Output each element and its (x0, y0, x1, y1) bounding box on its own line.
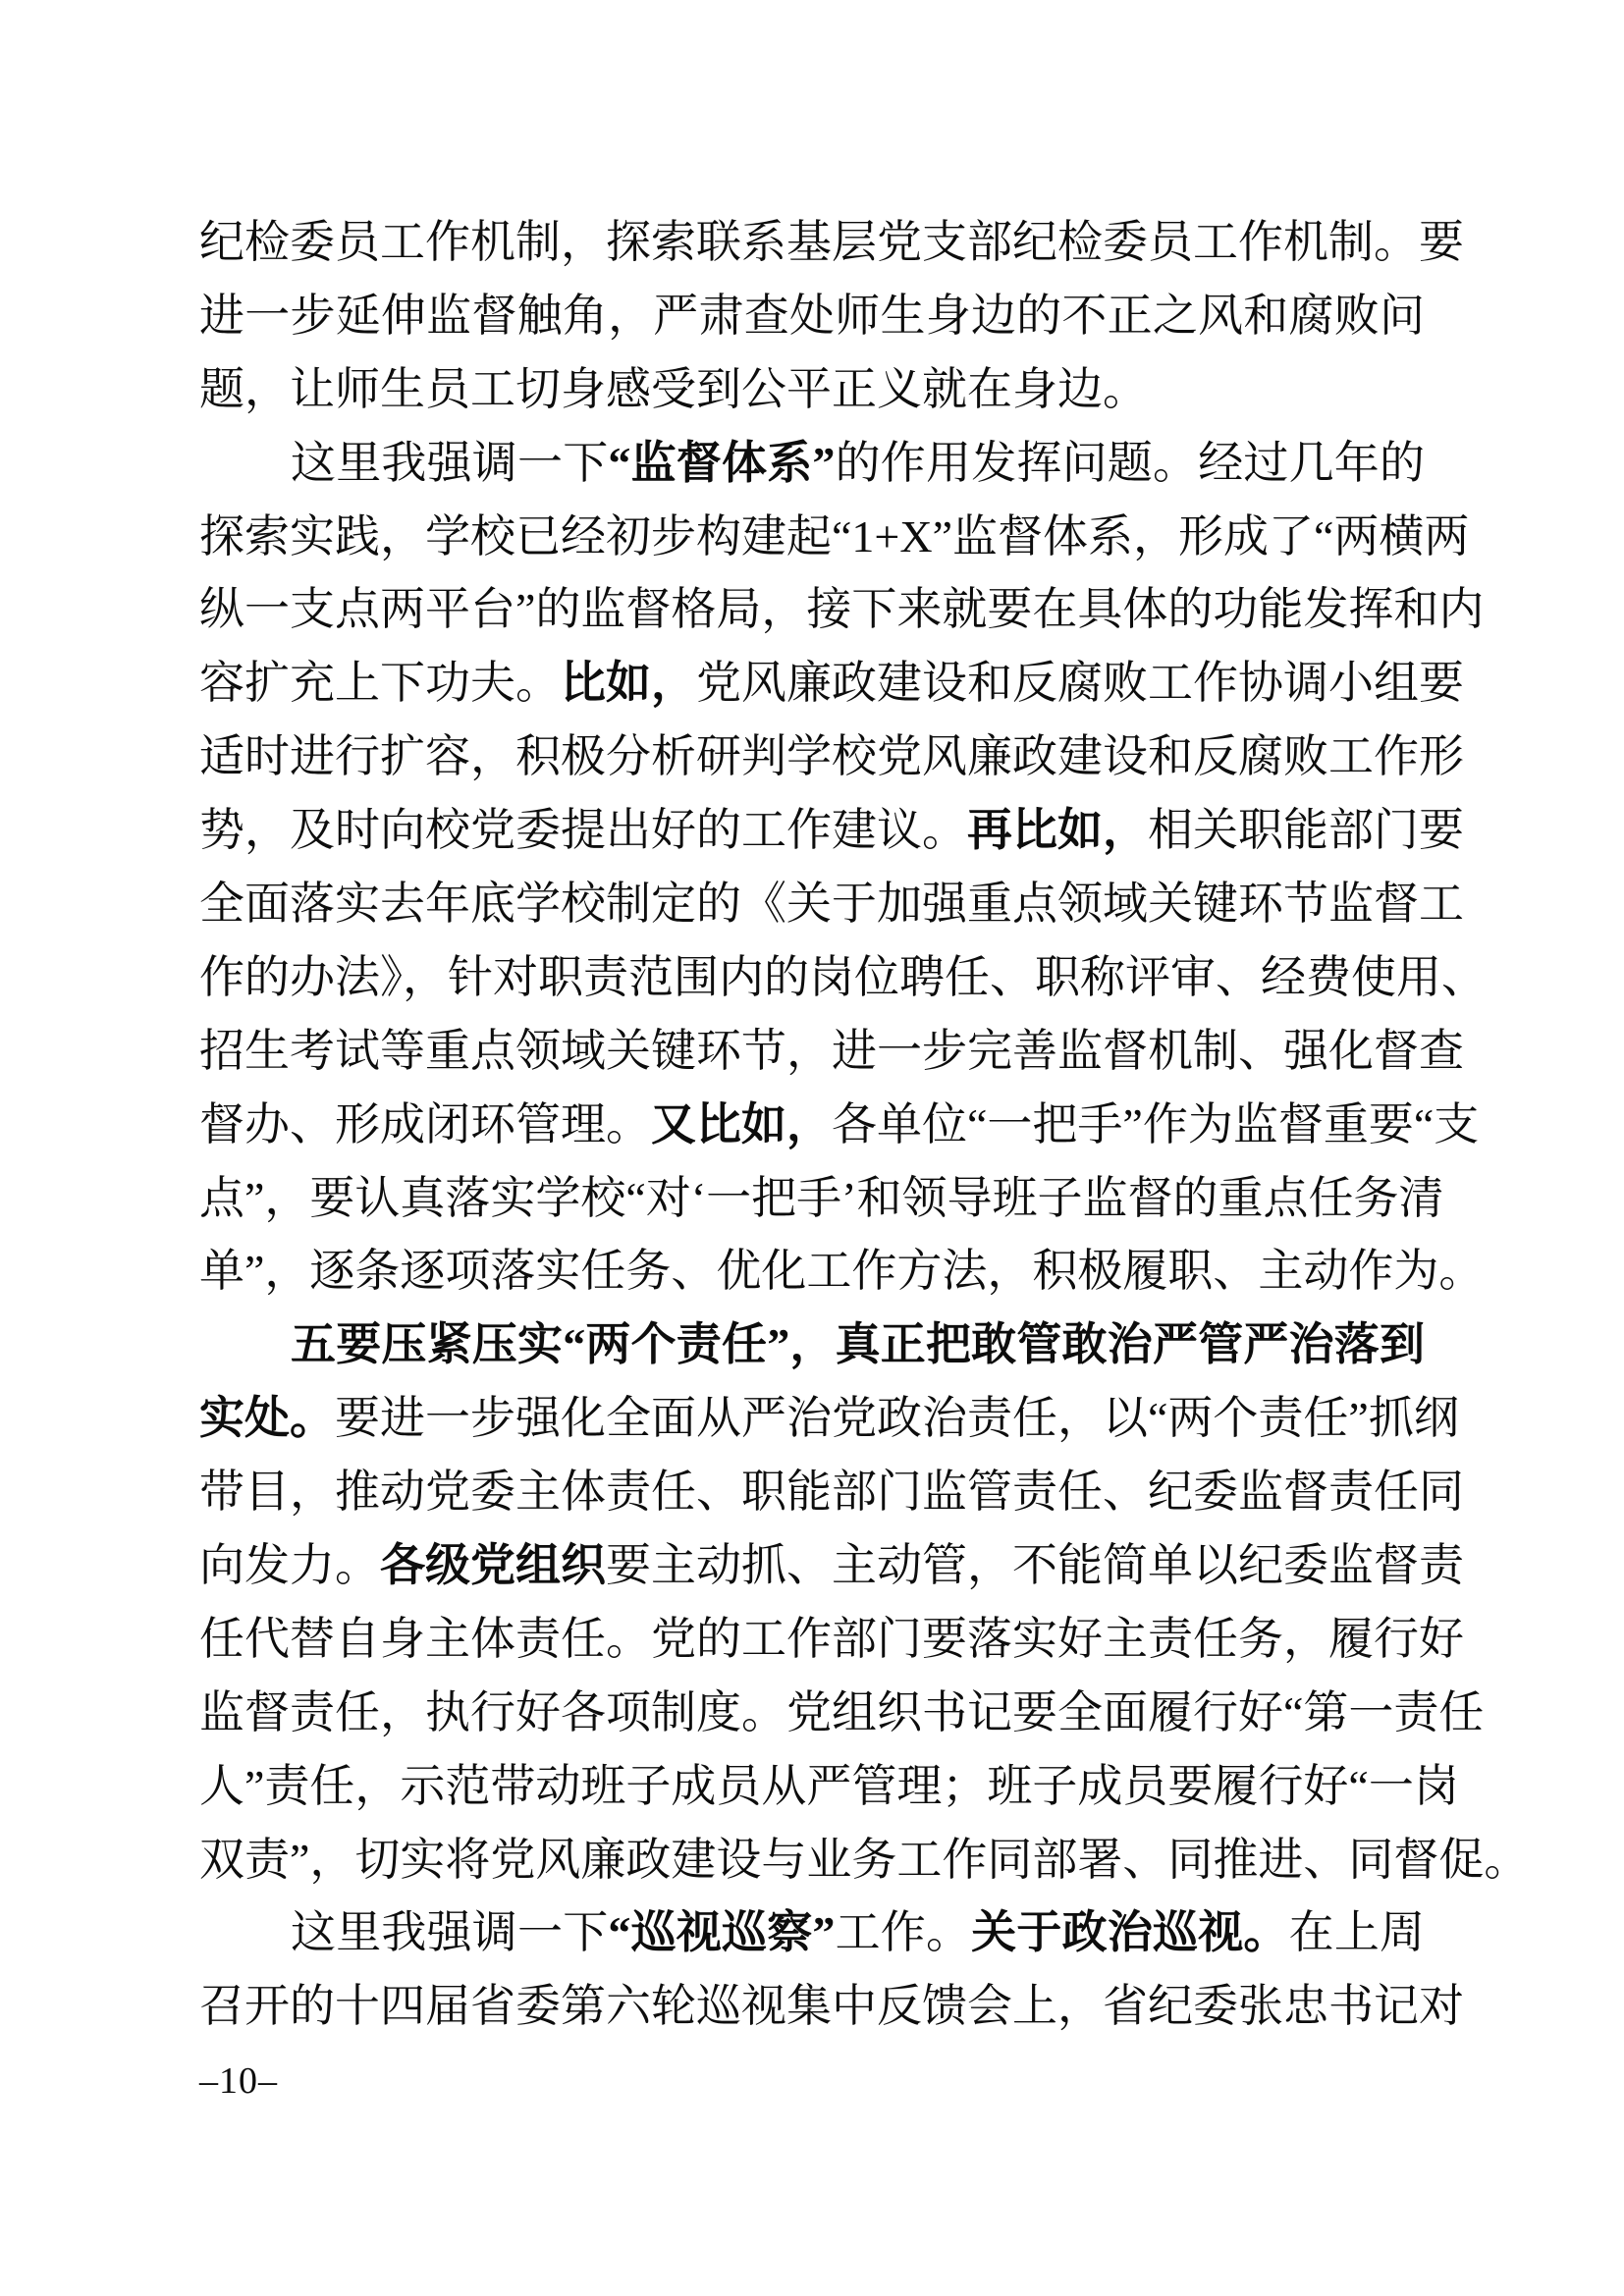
text-run: 要主动抓、主动管，不能简单以纪委监督责 (606, 1540, 1464, 1590)
text-run: 进一步延伸监督触角，严肃查处师生身边的不正之风和腐败问 (199, 291, 1425, 341)
text-line: 人”责任，示范带动班子成员从严管理；班子成员要履行好“一岗 (199, 1750, 1425, 1824)
text-line: 纵一支点两平台”的监督格局，接下来就要在具体的功能发挥和内 (199, 573, 1425, 647)
text-run: 工作。 (835, 1907, 971, 1957)
text-line: 题，让师生员工切身感受到公平正义就在身边。 (199, 353, 1425, 427)
text-line: 这里我强调一下“巡视巡察”工作。关于政治巡视。在上周 (199, 1896, 1425, 1970)
text-line: 监督责任，执行好各项制度。党组织书记要全面履行好“第一责任 (199, 1677, 1425, 1750)
text-line: 督办、形成闭环管理。又比如，各单位“一把手”作为监督重要“支 (199, 1089, 1425, 1162)
bold-text-run: 比如， (561, 658, 696, 708)
text-run: 适时进行扩容，积极分析研判学校党风廉政建设和反腐败工作形 (199, 731, 1464, 781)
text-line: 作的办法》，针对职责范围内的岗位聘任、职称评审、经费使用、 (199, 941, 1425, 1015)
text-run: 任代替自身主体责任。党的工作部门要落实好主责任务，履行好 (199, 1614, 1464, 1664)
text-line: 双责”，切实将党风廉政建设与业务工作同部署、同推进、同督促。 (199, 1824, 1425, 1897)
text-line: 容扩充上下功夫。比如，党风廉政建设和反腐败工作协调小组要 (199, 647, 1425, 721)
text-run: 双责”，切实将党风廉政建设与业务工作同部署、同推进、同督促。 (199, 1835, 1529, 1885)
bold-text-run: 各级党组织 (380, 1540, 606, 1590)
text-run: 单”，逐条逐项落实任务、优化工作方法，积极履职、主动作为。 (199, 1246, 1484, 1296)
text-line: 点”，要认真落实学校“对‘一把手’和领导班子监督的重点任务清 (199, 1162, 1425, 1236)
text-line: 这里我强调一下“监督体系”的作用发挥问题。经过几年的 (199, 427, 1425, 501)
text-line: 向发力。各级党组织要主动抓、主动管，不能简单以纪委监督责 (199, 1529, 1425, 1603)
bold-text-run: 关于政治巡视。 (971, 1907, 1288, 1957)
text-line: 探索实践，学校已经初步构建起“1+X”监督体系，形成了“两横两 (199, 501, 1425, 574)
text-line: 势，及时向校党委提出好的工作建议。再比如，相关职能部门要 (199, 794, 1425, 868)
text-run: 人”责任，示范带动班子成员从严管理；班子成员要履行好“一岗 (199, 1761, 1459, 1811)
text-run: 召开的十四届省委第六轮巡视集中反馈会上，省纪委张忠书记对 (199, 1981, 1464, 2031)
text-run: 督办、形成闭环管理。 (199, 1099, 651, 1149)
text-line: 纪检委员工作机制，探索联系基层党支部纪检委员工作机制。要 (199, 206, 1425, 280)
bold-text-run: 实处。 (199, 1393, 335, 1443)
text-line: 适时进行扩容，积极分析研判学校党风廉政建设和反腐败工作形 (199, 721, 1425, 794)
text-line: 召开的十四届省委第六轮巡视集中反馈会上，省纪委张忠书记对 (199, 1970, 1425, 2044)
text-run: 全面落实去年底学校制定的《关于加强重点领域关键环节监督工 (199, 879, 1464, 929)
text-run: 势，及时向校党委提出好的工作建议。 (199, 805, 967, 855)
text-run: 要进一步强化全面从严治党政治责任，以“两个责任”抓纲 (335, 1393, 1459, 1443)
text-run: 相关职能部门要 (1148, 805, 1464, 855)
page-number: –10– (199, 2057, 278, 2105)
text-run: 纪检委员工作机制，探索联系基层党支部纪检委员工作机制。要 (199, 217, 1464, 267)
bold-text-run: “监督体系” (608, 438, 835, 488)
text-run: 点”，要认真落实学校“对‘一把手’和领导班子监督的重点任务清 (199, 1173, 1443, 1223)
text-line: 单”，逐条逐项落实任务、优化工作方法，积极履职、主动作为。 (199, 1235, 1425, 1308)
text-line: 带目，推动党委主体责任、职能部门监管责任、纪委监督责任同 (199, 1456, 1425, 1529)
text-run: 党风廉政建设和反腐败工作协调小组要 (696, 658, 1464, 708)
text-run: 监督责任，执行好各项制度。党组织书记要全面履行好“第一责任 (199, 1687, 1484, 1737)
text-line: 五要压紧压实“两个责任”，真正把敢管敢治严管严治落到 (199, 1308, 1425, 1382)
text-line: 全面落实去年底学校制定的《关于加强重点领域关键环节监督工 (199, 868, 1425, 941)
text-run: 题，让师生员工切身感受到公平正义就在身边。 (199, 364, 1148, 414)
text-run: 带目，推动党委主体责任、职能部门监管责任、纪委监督责任同 (199, 1467, 1464, 1517)
document-page: 纪检委员工作机制，探索联系基层党支部纪检委员工作机制。要进一步延伸监督触角，严肃… (0, 0, 1624, 2296)
text-run: 纵一支点两平台”的监督格局，接下来就要在具体的功能发挥和内 (199, 584, 1484, 634)
text-run: 探索实践，学校已经初步构建起“1+X”监督体系，形成了“两横两 (199, 511, 1469, 561)
text-run: 这里我强调一下 (291, 438, 608, 488)
bold-text-run: 又比如， (651, 1099, 832, 1149)
text-line: 实处。要进一步强化全面从严治党政治责任，以“两个责任”抓纲 (199, 1382, 1425, 1456)
text-run: 招生考试等重点领域关键环节，进一步完善监督机制、强化督查 (199, 1026, 1464, 1076)
text-run: 各单位“一把手”作为监督重要“支 (832, 1099, 1479, 1149)
text-run: 这里我强调一下 (291, 1907, 608, 1957)
text-line: 任代替自身主体责任。党的工作部门要落实好主责任务，履行好 (199, 1603, 1425, 1677)
text-run: 向发力。 (199, 1540, 380, 1590)
text-line: 进一步延伸监督触角，严肃查处师生身边的不正之风和腐败问 (199, 280, 1425, 353)
text-line: 招生考试等重点领域关键环节，进一步完善监督机制、强化督查 (199, 1015, 1425, 1089)
bold-text-run: 五要压紧压实“两个责任”，真正把敢管敢治严管严治落到 (291, 1319, 1425, 1369)
text-run: 容扩充上下功夫。 (199, 658, 561, 708)
bold-text-run: “巡视巡察” (608, 1907, 835, 1957)
text-run: 在上周 (1289, 1907, 1425, 1957)
text-run: 的作用发挥问题。经过几年的 (835, 438, 1425, 488)
text-run: 作的办法》，针对职责范围内的岗位聘任、职称评审、经费使用、 (199, 952, 1487, 1002)
bold-text-run: 再比如， (967, 805, 1148, 855)
document-body: 纪检委员工作机制，探索联系基层党支部纪检委员工作机制。要进一步延伸监督触角，严肃… (199, 206, 1425, 2044)
